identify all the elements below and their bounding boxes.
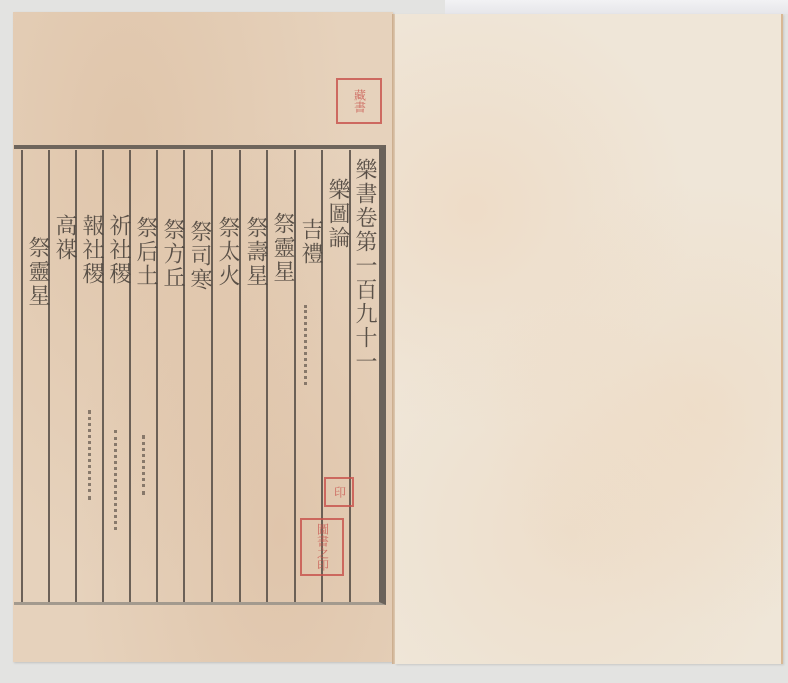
backdrop (445, 0, 788, 14)
ink-smudge (88, 410, 99, 500)
list-item: 祭方丘 (160, 218, 184, 290)
list-item: 祭司寒 (187, 220, 211, 292)
list-item: 祭壽星 (243, 216, 267, 288)
ink-smudge (142, 435, 153, 495)
column-rule (21, 150, 23, 602)
collector-seal-small: 印 (324, 477, 354, 507)
list-item: 祭后土 (133, 216, 157, 288)
list-item: 祭靈星 (270, 212, 294, 284)
list-item: 祈社稷 (106, 214, 130, 286)
section-title: 樂圖論 (325, 178, 349, 250)
list-item: 高禖 (52, 214, 76, 262)
collector-seal-top: 藏書 (336, 78, 382, 124)
ink-smudge (304, 305, 315, 385)
volume-title: 樂書卷第一百九十一 (352, 158, 376, 374)
list-item: 祭太火 (215, 216, 239, 288)
collector-seal-large: 圖書之印 (300, 518, 344, 576)
category-heading: 吉禮 (298, 218, 322, 266)
column-rule (211, 150, 213, 602)
list-item: 祭靈星 (25, 236, 49, 308)
list-item: 報社稷 (79, 214, 103, 286)
ink-smudge (114, 430, 125, 530)
column-rule (48, 150, 50, 602)
right-page-blank (395, 14, 783, 664)
